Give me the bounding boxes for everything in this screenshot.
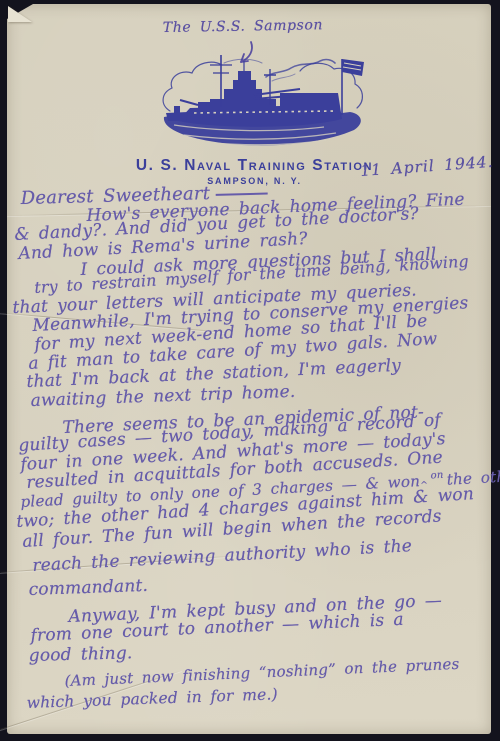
letter-line-20: commandant. (28, 576, 148, 600)
salutation-flourish (216, 193, 268, 196)
ship-name-annotation: The U.S.S. Sampson (163, 17, 323, 36)
letter-line-23: good thing. (28, 643, 132, 666)
inserted-word: on (430, 470, 443, 482)
folded-corner (8, 6, 32, 22)
letterhead-title: U. S. Naval Training Station (127, 157, 382, 175)
scanned-letter-background: The U.S.S. Sampson (0, 0, 500, 741)
letter-paper: The U.S.S. Sampson (7, 4, 491, 734)
battleship-icon (154, 51, 370, 151)
